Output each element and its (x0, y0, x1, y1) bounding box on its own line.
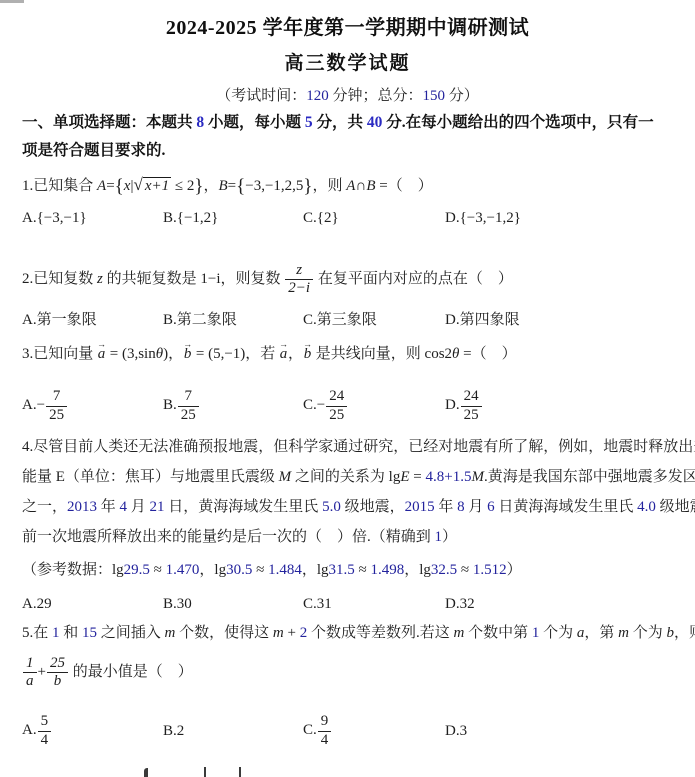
question-3-options: A.−725 B.725 C.−2425 D.2425 (22, 383, 682, 429)
question-4-line-1: 4.尽管目前人类还无法准确预报地震，但科学家通过研究，已经对地震有所了解，例如，… (22, 438, 682, 458)
question-5-option-c: C.94 (303, 713, 445, 749)
question-5-options: A.54 B.2 C.94 D.3 (22, 708, 682, 754)
question-1-options: A.{−3,−1} B.{−1,2} C.{2} D.{−3,−1,2} (22, 210, 682, 227)
question-4-option-b: B.30 (163, 596, 303, 613)
section-header-line-1: 一、单项选择题：本题共 8 小题，每小题 5 分，共 40 分.在每小题给出的四… (22, 113, 682, 133)
question-1-option-a: A.{−3,−1} (22, 210, 163, 227)
question-3-option-d: D.2425 (445, 388, 682, 424)
question-4-line-2: 能量 E（单位：焦耳）与地震里氏震级 M 之间的关系为 lgE = 4.8+1.… (22, 468, 682, 488)
cut-off-next-line (0, 766, 695, 777)
scan-artifact-bar (0, 0, 24, 3)
question-2-option-c: C.第三象限 (303, 308, 445, 329)
question-2-option-a: A.第一象限 (22, 308, 163, 329)
question-2-option-b: B.第二象限 (163, 308, 303, 329)
question-4-option-a: A.29 (22, 596, 163, 613)
question-4-line-4: 前一次地震所释放出来的能量约是后一次的（ ）倍.（精确到 1） (22, 528, 682, 548)
question-2-stem: 2.已知复数 z 的共轭复数是 1−i，则复数 z2−i 在复平面内对应的点在（… (22, 262, 682, 298)
question-5-option-b: B.2 (163, 723, 303, 740)
question-5-option-a: A.54 (22, 713, 163, 749)
question-4-reference-data: （参考数据：lg29.5 ≈ 1.470，lg30.5 ≈ 1.484，lg31… (22, 561, 682, 581)
question-4-options: A.29 B.30 C.31 D.32 (22, 596, 682, 613)
question-4-option-c: C.31 (303, 596, 445, 613)
question-3-stem: 3.已知向量 →a = (3,sinθ)，→b = (5,−1)，若 →a，→b… (22, 341, 682, 365)
question-1-stem: 1.已知集合 A={x|√x+1 ≤ 2}，B={−3,−1,2,5}，则 A∩… (22, 174, 682, 200)
question-1-option-b: B.{−1,2} (163, 210, 303, 227)
exam-info: （考试时间：120 分钟；总分：150 分） (0, 87, 695, 107)
question-1-option-c: C.{2} (303, 210, 445, 227)
question-4-line-3: 之一，2013 年 4 月 21 日，黄海海域发生里氏 5.0 级地震，2015… (22, 498, 682, 518)
question-2-options: A.第一象限 B.第二象限 C.第三象限 D.第四象限 (22, 308, 682, 329)
question-3-option-b: B.725 (163, 388, 303, 424)
question-2-option-d: D.第四象限 (445, 308, 682, 329)
question-3-option-c: C.−2425 (303, 388, 445, 424)
question-1-option-d: D.{−3,−1,2} (445, 210, 682, 227)
question-5-line-2: 1a+25b 的最小值是（ ） (22, 655, 682, 691)
exam-paper-page: 2024-2025 学年度第一学期期中调研测试 高三数学试题 （考试时间：120… (0, 0, 695, 777)
question-4-option-d: D.32 (445, 596, 682, 613)
question-5-line-1: 5.在 1 和 15 之间插入 m 个数，使得这 m + 2 个数成等差数列.若… (22, 624, 682, 644)
question-3-option-a: A.−725 (22, 388, 163, 424)
section-header-line-2: 项是符合题目要求的. (22, 141, 682, 161)
exam-title: 2024-2025 学年度第一学期期中调研测试 (0, 15, 695, 41)
exam-subtitle: 高三数学试题 (0, 52, 695, 77)
question-5-option-d: D.3 (445, 723, 682, 740)
